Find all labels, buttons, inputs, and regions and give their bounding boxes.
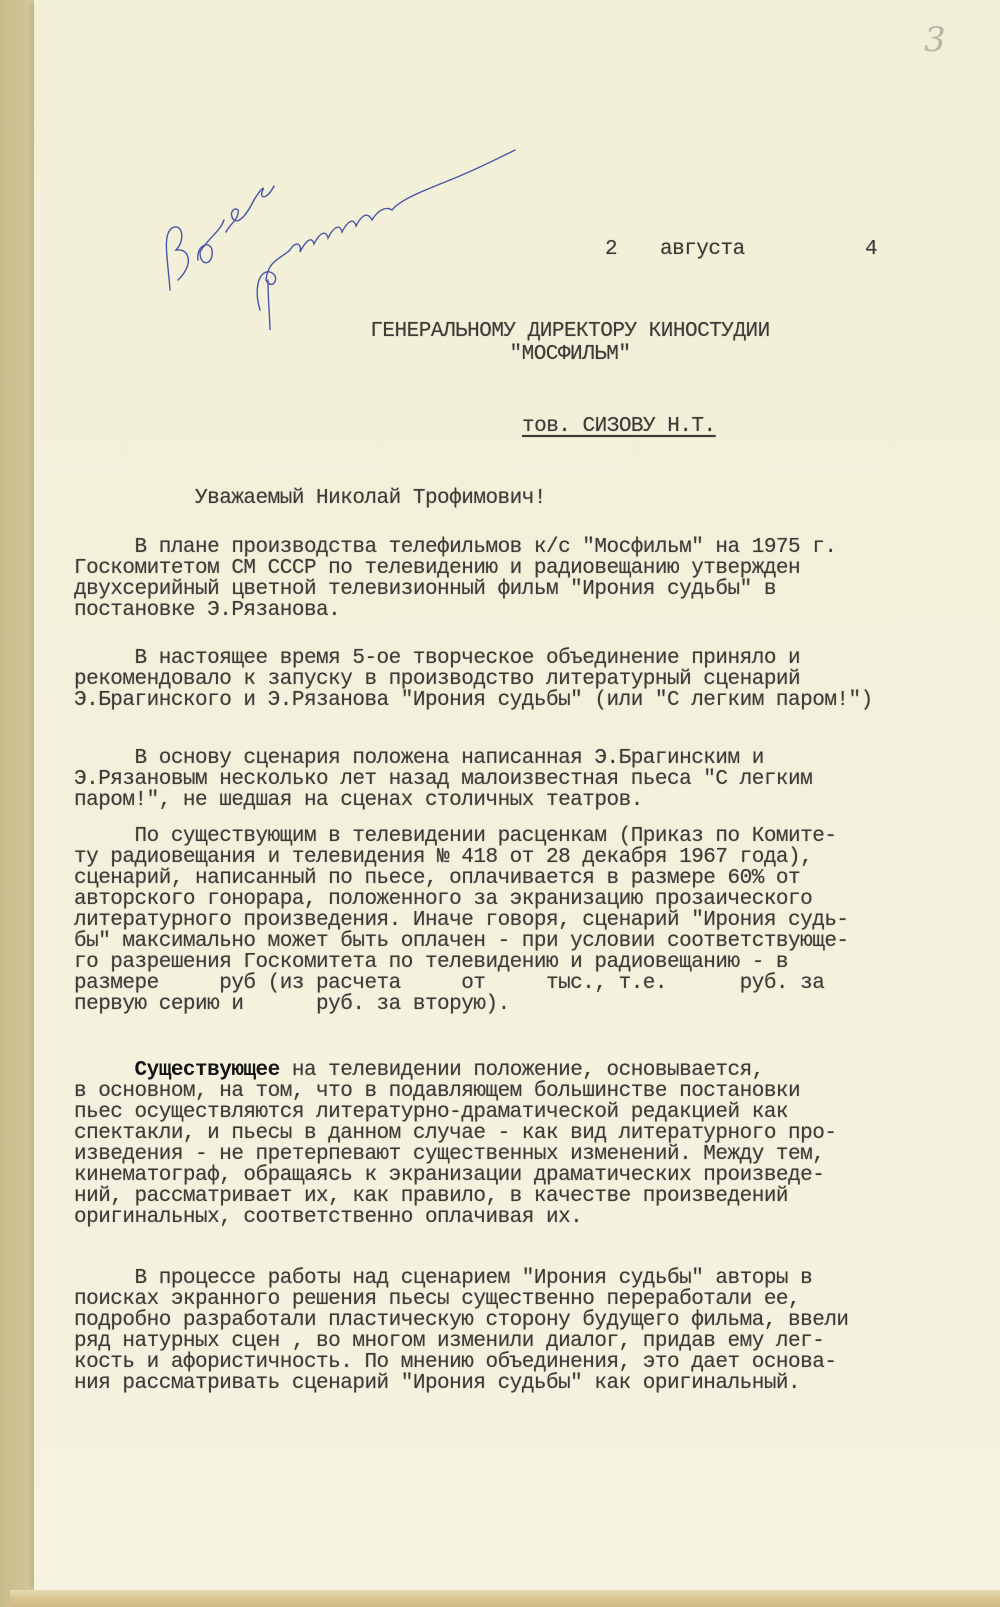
date-month: августа bbox=[660, 238, 745, 261]
addressee-title: ГЕНЕРАЛЬНОМУ ДИРЕКТОРУ КИНОСТУДИИ bbox=[180, 320, 960, 343]
text-line: пьес осуществляются литературно-драматич… bbox=[74, 1102, 974, 1123]
text-line: двухсерийный цветной телевизионный фильм… bbox=[74, 579, 974, 600]
text-line: постановке Э.Рязанова. bbox=[74, 600, 974, 621]
date-year: 4 bbox=[865, 238, 877, 261]
paragraph-3: В основу сценария положена написанная Э.… bbox=[74, 748, 974, 811]
paragraph-6: В процессе работы над сценарием "Ирония … bbox=[74, 1268, 974, 1394]
page-bottom-edge bbox=[10, 1590, 1000, 1607]
text-line: ний, рассматривает их, как правило, в ка… bbox=[74, 1186, 974, 1207]
text-line: Э.Рязановым несколько лет назад малоизве… bbox=[74, 769, 974, 790]
archive-page-number: 3 bbox=[924, 20, 946, 60]
text-line: поисках экранного решения пьесы существе… bbox=[74, 1289, 974, 1310]
recipient-name: тов. СИЗОВУ Н.Т. bbox=[522, 415, 716, 438]
text-line: Госкомитетом СМ СССР по телевидению и ра… bbox=[74, 558, 974, 579]
text-line: ния рассматривать сценарий "Ирония судьб… bbox=[74, 1373, 974, 1394]
text-line: кость и афористичность. По мнению объеди… bbox=[74, 1352, 974, 1373]
paragraph-1: В плане производства телефильмов к/с "Мо… bbox=[74, 537, 974, 621]
text-line: сценарий, написанный по пьесе, оплачивае… bbox=[74, 868, 974, 889]
text-line: литературного произведения. Иначе говоря… bbox=[74, 910, 974, 931]
text-line: ряд натурных сцен , во многом изменили д… bbox=[74, 1331, 974, 1352]
addressee-organization: "МОСФИЛЬМ" bbox=[180, 343, 960, 366]
paragraph-5: Существующее на телевидении положение, о… bbox=[74, 1060, 974, 1228]
text-line: паром!", не шедшая на сценах столичных т… bbox=[74, 790, 974, 811]
text-line: оригинальных, соответственно оплачивая и… bbox=[74, 1207, 974, 1228]
text-line: В основу сценария положена написанная Э.… bbox=[74, 748, 974, 769]
salutation: Уважаемый Николай Трофимович! bbox=[195, 487, 546, 510]
text-line: бы" максимально может быть оплачен - при… bbox=[74, 931, 974, 952]
text-line: В процессе работы над сценарием "Ирония … bbox=[74, 1268, 974, 1289]
text-line: авторского гонорара, положенного за экра… bbox=[74, 889, 974, 910]
handwritten-annotation bbox=[150, 140, 530, 330]
text-line: рекомендовало к запуску в производство л… bbox=[74, 669, 974, 690]
date-day: 2 bbox=[605, 238, 617, 261]
text-line: В настоящее время 5-ое творческое объеди… bbox=[74, 648, 974, 669]
text-line: Э.Брагинского и Э.Рязанова "Ирония судьб… bbox=[74, 690, 974, 711]
text-line: В плане производства телефильмов к/с "Мо… bbox=[74, 537, 974, 558]
text-fragment: на телевидении положение, основывается, bbox=[280, 1059, 764, 1082]
text-line: Существующее на телевидении положение, о… bbox=[74, 1060, 974, 1081]
text-line: ту радиовещания и телевидения № 418 от 2… bbox=[74, 847, 974, 868]
bold-lead-word: Существующее bbox=[135, 1059, 280, 1082]
text-line: подробно разработали пластическую сторон… bbox=[74, 1310, 974, 1331]
text-line: го разрешения Госкомитета по телевидению… bbox=[74, 952, 974, 973]
text-line: размере руб (из расчета от тыс., т.е. ру… bbox=[74, 973, 974, 994]
paragraph-4: По существующим в телевидении расценкам … bbox=[74, 826, 974, 1015]
text-line: кинематограф, обращаясь к экранизации др… bbox=[74, 1165, 974, 1186]
paragraph-2: В настоящее время 5-ое творческое объеди… bbox=[74, 648, 974, 711]
text-line: спектакли, и пьесы в данном случае - как… bbox=[74, 1123, 974, 1144]
text-line: По существующим в телевидении расценкам … bbox=[74, 826, 974, 847]
text-line: изведения - не претерпевают существенных… bbox=[74, 1144, 974, 1165]
text-line: в основном, на том, что в подавляющем бо… bbox=[74, 1081, 974, 1102]
text-line: первую серию и руб. за вторую). bbox=[74, 994, 974, 1015]
